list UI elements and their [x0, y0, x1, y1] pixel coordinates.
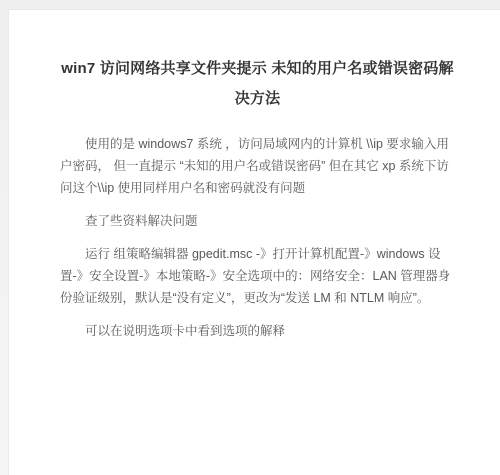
document-title: win7 访问网络共享文件夹提示 未知的用户名或错误密码解决方法: [60, 54, 455, 114]
document-viewer: win7 访问网络共享文件夹提示 未知的用户名或错误密码解决方法 使用的是 wi…: [0, 0, 500, 475]
paragraph-research-note: 查了些资料解决问题: [60, 210, 455, 232]
paragraph-problem-description: 使用的是 windows7 系统 ，访问局域网内的计算机 \\ip 要求输入用户…: [60, 133, 455, 199]
paragraph-explanation-note: 可以在说明选项卡中看到选项的解释: [60, 320, 455, 342]
document-page: win7 访问网络共享文件夹提示 未知的用户名或错误密码解决方法 使用的是 wi…: [8, 9, 500, 475]
paragraph-solution-steps: 运行 组策略编辑器 gpedit.msc -》打开计算机配置-》windows …: [60, 243, 455, 309]
